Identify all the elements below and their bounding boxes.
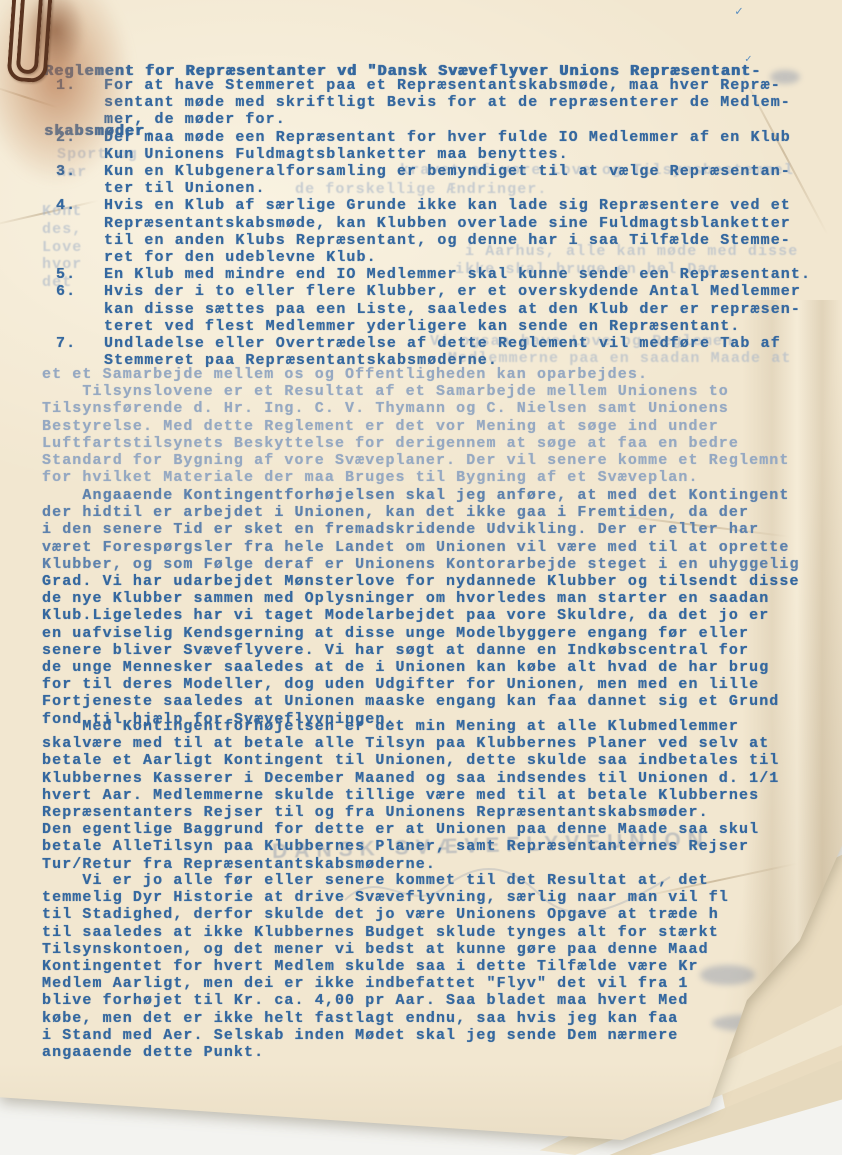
paragraph-line: i Stand med Aer. Selskab inden Mødet ska… xyxy=(42,1027,729,1044)
paragraph-line: Medlem Aarligt, men dei er ikke indbefat… xyxy=(42,975,729,992)
paragraph-line: til saaledes at ikke Klubbernes Budget s… xyxy=(42,924,729,941)
paragraph-line: Tilsynsførende d. Hr. Ing. C. V. Thymann… xyxy=(42,400,790,417)
paper-sheet-shadow: Sport ogharkravet af vore Love og Tilsyn… xyxy=(0,0,842,1155)
item-text-line: Der maa møde een Repræsentant for hver f… xyxy=(104,129,811,146)
ink-smudge xyxy=(712,1015,772,1031)
paragraph-line: temmelig Dyr Historie at drive Svæveflyv… xyxy=(42,889,729,906)
ghost-text-fragment: har xyxy=(57,164,87,181)
item-number: 1. xyxy=(56,77,76,94)
handwriting-squiggle xyxy=(340,855,680,925)
ghost-text-fragment: Medlemmerne paa en saadan Maade at xyxy=(448,350,791,367)
item-text-line: Kun Unionens Fuldmagtsblanketter maa ben… xyxy=(104,146,811,163)
item-text-line: sentant møde med skriftligt Bevis for at… xyxy=(104,94,811,111)
item-text-line: mer, de møder for. xyxy=(104,111,811,128)
paragraph-line: Grad. Vi har udarbejdet Mønsterlove for … xyxy=(42,573,800,590)
ink-smudge xyxy=(700,965,755,985)
ghost-text-fragment: kravet af vore Love og Tilsynsbestemmel xyxy=(400,162,794,179)
paragraph-line: Tilsynskontoen, og det mener vi bedst at… xyxy=(42,941,729,958)
paragraph-line: hvert Aar. Medlemmerne skulde tillige væ… xyxy=(42,787,779,804)
paragraph-line: købe, men det er ikke helt fastlagt endn… xyxy=(42,1010,729,1027)
paragraph-line: til Stadighed, derfor skulde det jo være… xyxy=(42,906,729,923)
ghost-text-fragment: Kont xyxy=(42,203,82,220)
paragraph-line: for til deres Modeller, dog uden Udgifte… xyxy=(42,676,800,693)
item-text-line: Repræsentantskabsmøde, kan Klubben overl… xyxy=(104,215,811,232)
paragraph-line: Repræsentanters Rejser til og fra Unione… xyxy=(42,804,779,821)
ghost-text-fragment: det xyxy=(42,274,72,291)
paragraph-line: Klubber, og som Følge deraf er Unionens … xyxy=(42,556,800,573)
paragraph-line: Fortjeneste saaledes at Unionen maaske e… xyxy=(42,693,800,710)
paragraph: Angaaende Kontingentforhøjelsen skal jeg… xyxy=(42,487,800,728)
paragraph-line: skalvære med til at betale alle Tilsyn p… xyxy=(42,735,779,752)
union-stamp-text: DANSK SVÆVEFLYVEUNION xyxy=(272,828,710,864)
paragraph-line: senere bliver Svæveflyvere. Vi har søgt … xyxy=(42,642,800,659)
paragraph-line: et et Samarbejde mellem os og Offentligh… xyxy=(42,366,790,383)
paper-crease xyxy=(632,862,799,899)
title-line-2: skabsmøder. xyxy=(44,122,761,142)
ghost-text-fragment: Sport og xyxy=(57,146,138,163)
document-title: Reglement for Repræsentanter vd "Dansk S… xyxy=(44,22,761,182)
scanned-document-page: Sport ogharkravet af vore Love og Tilsyn… xyxy=(0,0,842,1155)
item-text-line: kan disse sættes paa een Liste, saaledes… xyxy=(104,301,811,318)
paragraph-line: de unge Mennesker saaledes at de i Union… xyxy=(42,659,800,676)
paragraph-line: Standard for Bygning af vore Svæveplaner… xyxy=(42,452,790,469)
paragraph-line: der hidtil er arbejdet i Unionen, kan de… xyxy=(42,504,800,521)
paper-crease xyxy=(0,85,59,109)
paragraph-line: i den senere Tid er sket en fremadskride… xyxy=(42,521,800,538)
paragraph-line: Med Kontingentforhøjelsen er det min Men… xyxy=(42,718,779,735)
numbered-rules-list: 1.For at have Stemmeret paa et Repræsent… xyxy=(104,77,811,369)
ghost-text-fragment: ikke skal bruge en hel Dag xyxy=(455,261,718,278)
ghost-text-fragment: de forskellige Ændringer. xyxy=(295,181,548,198)
paragraph-line: for hvilket Materiale der maa Bruges til… xyxy=(42,469,790,486)
ghost-text-fragment: hvor xyxy=(42,256,82,273)
paragraph-line: været Forespørgsler fra hele Landet om U… xyxy=(42,539,800,556)
ghost-text-fragment: des, xyxy=(42,221,82,238)
item-number: 7. xyxy=(56,335,76,352)
paper-crease xyxy=(738,67,829,236)
paragraph-line: Tilsynslovene er et Resultat af et Samar… xyxy=(42,383,790,400)
paragraph-line: Vi er jo alle før eller senere kommet ti… xyxy=(42,872,729,889)
right-fold-shading xyxy=(742,300,842,1155)
list-item: 6.Hvis der i to eller flere Klubber, er … xyxy=(104,283,811,335)
item-text-line: Hvis der i to eller flere Klubber, er et… xyxy=(104,283,811,300)
item-number: 2. xyxy=(56,129,76,146)
ghost-text-fragment: i Aarhus, alle kan møde med disse xyxy=(465,243,798,260)
paragraph-line: Klubbernes Kasserer i December Maaned og… xyxy=(42,770,779,787)
item-text-line: Hvis en Klub af særlige Grunde ikke kan … xyxy=(104,197,811,214)
list-item: 2.Der maa møde een Repræsentant for hver… xyxy=(104,129,811,163)
check-mark: ✓ xyxy=(735,4,743,19)
list-item: 1.For at have Stemmeret paa et Repræsent… xyxy=(104,77,811,129)
title-line-1: Reglement for Repræsentanter vd "Dansk S… xyxy=(44,62,761,82)
paragraph: et et Samarbejde mellem os og Offentligh… xyxy=(42,366,790,486)
paragraph-line: en uafviselig Kendsgerning at disse unge… xyxy=(42,625,800,642)
ghost-text-fragment: Love xyxy=(42,239,82,256)
paper-crease xyxy=(601,512,790,537)
item-text-line: For at have Stemmeret paa et Repræsentan… xyxy=(104,77,811,94)
ink-smudge xyxy=(770,70,800,84)
paragraph-line: fond til hjælp for Svæveflyvningen. xyxy=(42,711,800,728)
paragraph-line: betale et Aarligt Kontingent til Unionen… xyxy=(42,752,779,769)
paragraph-line: de nye Klubber sammen med Oplysninger om… xyxy=(42,590,800,607)
paragraph: Vi er jo alle før eller senere kommet ti… xyxy=(42,872,729,1061)
paragraph-line: Bestyrelse. Med dette Reglement er det v… xyxy=(42,418,790,435)
paragraph-line: Angaaende Kontingentforhøjelsen skal jeg… xyxy=(42,487,800,504)
paragraph-line: Luftfartstilsynets Beskyttelse for derig… xyxy=(42,435,790,452)
check-mark: ✓ xyxy=(745,52,752,66)
paragraph-line: Kontingentet for hvert Medlem skulde saa… xyxy=(42,958,729,975)
paragraph-line: blive forhøjet til Kr. ca. 4,00 pr Aar. … xyxy=(42,992,729,1009)
paragraph-line: Klub.Ligeledes har vi taget Modelarbejde… xyxy=(42,607,800,624)
paper-sheet: Sport ogharkravet af vore Love og Tilsyn… xyxy=(0,0,842,1155)
paragraph-line: angaaende dette Punkt. xyxy=(42,1044,729,1061)
ghost-text-fragment: Vi ogsaa have Love og Reglemen xyxy=(430,333,733,350)
